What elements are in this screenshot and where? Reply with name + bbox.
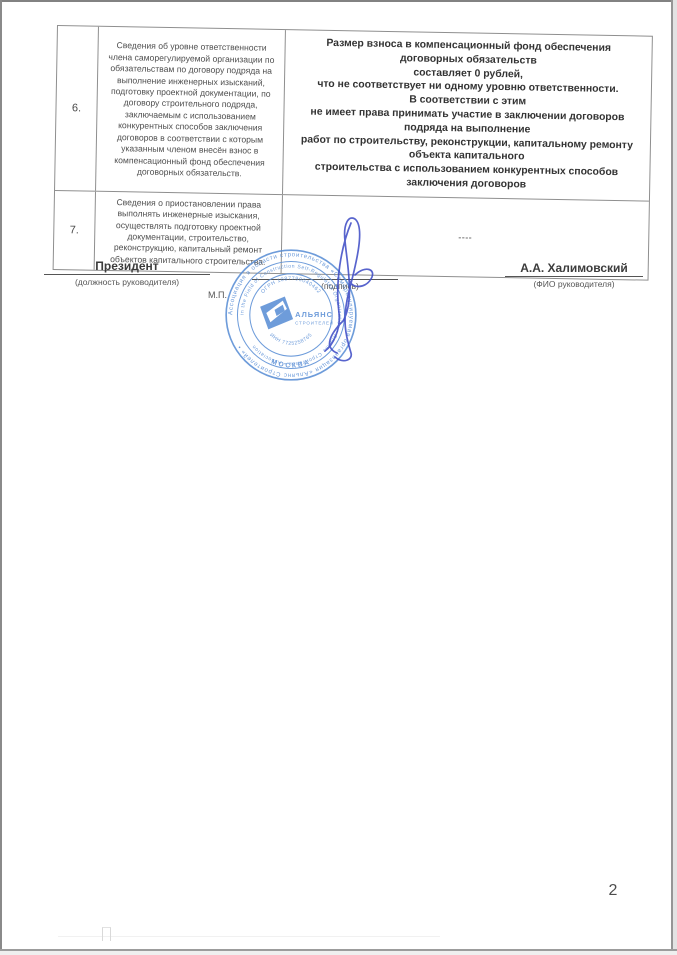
scan-edge-bottom-shadow	[0, 951, 677, 955]
page-number: 2	[596, 882, 630, 900]
row-number-cell: 6.	[55, 26, 99, 190]
position-title: Президент	[44, 259, 210, 273]
scan-edge-right-shadow	[673, 0, 677, 955]
handwritten-signature	[285, 213, 425, 368]
head-name: А.А. Халимовский	[505, 261, 643, 275]
scan-edge-top	[0, 0, 677, 2]
scan-artifact-line	[58, 936, 440, 937]
scan-edge-left	[0, 0, 2, 955]
table-row: 6. Сведения об уровне ответственности чл…	[55, 26, 652, 200]
name-caption: (ФИО руководителя)	[505, 279, 643, 289]
position-signature-line	[44, 274, 210, 275]
scan-artifact-tick	[102, 927, 111, 941]
value-line: строительства с использованием конкурент…	[291, 160, 641, 194]
document-page: 6. Сведения об уровне ответственности чл…	[0, 0, 677, 955]
value-cell: Размер взноса в компенсационный фонд обе…	[283, 30, 652, 200]
position-caption: (должность руководителя)	[44, 277, 210, 287]
name-signature-line	[505, 276, 643, 277]
criterion-cell: Сведения об уровне ответственности члена…	[96, 27, 286, 194]
criterion-text: Сведения об уровне ответственности члена…	[103, 40, 277, 180]
